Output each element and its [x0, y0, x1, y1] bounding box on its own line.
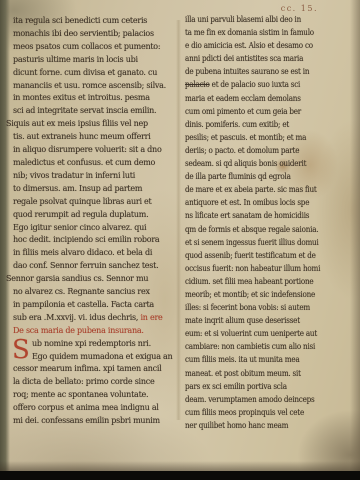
manuscript-line: Sub nomine xpi redemptoris nri. — [13, 338, 181, 351]
body-text: meos psatos cum collacos et pumento: — [13, 42, 160, 51]
body-text: sedeam. si qd aliquis bonis ouiderit — [185, 159, 306, 168]
manuscript-line: maria et eadem ecclam demolans — [185, 92, 302, 105]
text-column-left: ita regula sci benedicti cum ceterismona… — [13, 15, 181, 428]
manuscript-line: ita regula sci benedicti cum ceteris — [13, 15, 181, 28]
rubric-text: in ere — [140, 313, 162, 322]
body-text: cambiare: non cambietis cum alio nisi — [185, 342, 315, 351]
manuscript-line: tis. aut extraneis hunc meum offerri — [13, 131, 181, 144]
manuscript-line: anni pdicti dei antistites sca maria — [185, 52, 302, 65]
body-text: to dimersus. am. Insup ad partem — [13, 184, 142, 193]
manuscript-line: palacio et de palacio suo iuxta sci — [185, 78, 302, 91]
body-text: ner quilibet homo hanc meam — [185, 421, 288, 430]
body-text: cum omi pimento et cum geia ber — [185, 107, 301, 116]
body-text: ub nomine xpi redemptoris nri. — [32, 339, 151, 348]
manuscript-line: sedeam. si qd aliquis bonis ouiderit — [185, 157, 302, 170]
manuscript-line: cidium. set filii mea habeant portione — [185, 275, 302, 288]
manuscript-line: meorib; et montib; et sic indefensione — [185, 288, 302, 301]
body-text: mate inqrit alium quse deserisset — [185, 316, 300, 325]
body-text: pars ex sci emilin portiva scla — [185, 382, 287, 391]
body-text: dao conf. Sennor ferruin sanchez test. — [13, 261, 158, 270]
manuscript-line: no alvarez cs. Regnante sancius rex — [13, 286, 181, 299]
body-text: in montes exitus et introitus. pesma — [13, 93, 150, 102]
manuscript-line: cum filiis meos propinquis vel cete — [185, 406, 302, 419]
body-text: de mare et ex abeia parte. sic mas fiut — [185, 185, 317, 194]
manuscript-line: deriis; o pacto. et domolum parte — [185, 144, 302, 157]
manuscript-line: nib; vivos tradatur in inferni luti — [13, 170, 181, 183]
manuscript-line: cessor mearum infima. xpi tamen ancil — [13, 363, 181, 376]
manuscript-line: de pubena intuites saurano se est in — [185, 65, 302, 78]
manuscript-line: monachis ibi deo servientib; palacios — [13, 28, 181, 41]
body-text: monachis ibi deo servientib; palacios — [13, 29, 154, 38]
body-text: hoc dedit. incipiendo sci emilin robora — [13, 235, 159, 244]
body-text: no alvarez cs. Regnante sancius rex — [13, 287, 150, 296]
body-text: dicunt forne. cum divisa et ganato. cu — [13, 68, 157, 77]
manuscript-line: dao conf. Sennor ferruin sanchez test. — [13, 260, 181, 273]
manuscript-line: in aliquo disrumpere voluerit: sit a dno — [13, 144, 181, 157]
text-column-right: illa uni parvuli blasemi albi deo inta m… — [185, 13, 315, 432]
manuscript-page-photo: cc. 15. ita regula sci benedicti cum cet… — [0, 0, 360, 480]
body-text: sub era .M.xxvij. vi. idus dechris, — [13, 313, 140, 322]
body-text: ita regula sci benedicti cum ceteris — [13, 16, 147, 25]
manuscript-line: cum omi pimento et cum geia ber — [185, 105, 302, 118]
body-text: cidium. set filii mea habeant portione — [185, 277, 313, 286]
body-text: Sennor garsia sandius cs. Sennor mu — [6, 274, 148, 283]
body-text: qm de formis et absque regale saionia. — [185, 225, 318, 234]
manuscript-line: ns lificate ert sanatam de homicidiis — [185, 209, 302, 222]
manuscript-line: pasturis ultime maris in locis ubi — [13, 54, 181, 67]
manuscript-line: to dimersus. am. Insup ad partem — [13, 183, 181, 196]
body-text: palacio — [185, 80, 210, 89]
body-text: roq; mente ac spontanea voluntate. — [13, 390, 148, 399]
manuscript-line: dinis. pomiferis. cum exitib; et — [185, 118, 302, 131]
body-text: maria et eadem ecclam demolans — [185, 94, 301, 103]
folio-number: cc. 15. — [281, 4, 318, 13]
manuscript-line: ta me fin ex domania sistim in famulo — [185, 26, 302, 39]
body-text: occisus fuerit: non habeatur illum homi — [185, 264, 320, 273]
manuscript-line: antiquore et est. In omibus locis spe — [185, 196, 302, 209]
manuscript-line: la dicta de bellato: primo corde since — [13, 376, 181, 389]
manuscript-line: et si senem ingessus fuerit illius domui — [185, 236, 302, 249]
body-text: deam. verumptamen amodo deinceps — [185, 395, 315, 404]
body-text: la dicta de bellato: primo corde since — [13, 377, 154, 386]
manuscript-line: Ego igitur senior cinco alvarez. qui — [13, 222, 181, 235]
body-text: pesilis; et pascuis. et montib; et ma — [185, 133, 306, 142]
body-text: et de palacio suo iuxta sci — [210, 80, 301, 89]
manuscript-line: maledictus et confusus. et cum demo — [13, 157, 181, 170]
manuscript-line: quod rerumpit ad regula duplatum. — [13, 209, 181, 222]
body-text: regale psolvat quinque libras auri et — [13, 197, 152, 206]
manuscript-line: maneat. et post obitum meum. sit — [185, 367, 302, 380]
manuscript-line: mate inqrit alium quse deserisset — [185, 314, 302, 327]
body-text: maledictus et confusus. et cum demo — [13, 158, 155, 167]
manuscript-line: sci ad integritate servat inscia emilin. — [13, 105, 181, 118]
manuscript-line: mananciis et usu. romce ascensib; silva. — [13, 80, 181, 93]
body-text: illes: si fecerint bona vobis: si autem — [185, 303, 310, 312]
manuscript-line: in montes exitus et introitus. pesma — [13, 92, 181, 105]
body-text: Ego quidem mumadona et exigua an — [32, 352, 172, 361]
manuscript-line: illa uni parvuli blasemi albi deo in — [185, 13, 302, 26]
body-text: antiquore et est. In omibus locis spe — [185, 198, 309, 207]
manuscript-line: pesilis; et pascuis. et montib; et ma — [185, 131, 302, 144]
manuscript-line: quod assenib; fuerit testificatum et de — [185, 249, 302, 262]
manuscript-line: roq; mente ac spontanea voluntate. — [13, 389, 181, 402]
body-text: illa uni parvuli blasemi albi deo in — [185, 15, 301, 24]
manuscript-line: illes: si fecerint bona vobis: si autem — [185, 301, 302, 314]
body-text: de illa parte fluminis qd egrola — [185, 172, 291, 181]
body-text: pasturis ultime maris in locis ubi — [13, 55, 138, 64]
rubric-text: De sca maria de pubena insurana. — [13, 326, 144, 335]
body-text: maneat. et post obitum meum. sit — [185, 369, 301, 378]
manuscript-line: De sca maria de pubena insurana. — [13, 325, 181, 338]
body-text: Siquis aut ex meis ipsius filiis vel nep — [6, 119, 148, 128]
body-text: quod assenib; fuerit testificatum et de — [185, 251, 316, 260]
body-text: quod rerumpit ad regula duplatum. — [13, 210, 148, 219]
manuscript-line: cum filiis meis. ita ut munita mea — [185, 353, 302, 366]
body-text: cum filiis meos propinquis vel cete — [185, 408, 304, 417]
body-text: dinis. pomiferis. cum exitib; et — [185, 120, 289, 129]
body-text: tis. aut extraneis hunc meum offerri — [13, 132, 151, 141]
body-text: in filiis meis alvaro didaco. et bela di — [13, 248, 152, 257]
body-text: cessor mearum infima. xpi tamen ancil — [13, 364, 161, 373]
body-text: mi dei. confessans emilin psbri munim — [13, 416, 160, 425]
body-text: sci ad integritate servat inscia emilin. — [13, 106, 156, 115]
manuscript-line: qm de formis et absque regale saionia. — [185, 223, 302, 236]
manuscript-line: deam. verumptamen amodo deinceps — [185, 393, 302, 406]
body-text: in aliquo disrumpere voluerit: sit a dno — [13, 145, 162, 154]
manuscript-line: cambiare: non cambietis cum alio nisi — [185, 340, 302, 353]
body-text: de pubena intuites saurano se est in — [185, 67, 309, 76]
parchment-right-edge — [350, 0, 360, 480]
manuscript-line: in pampilonia et castella. Facta carta — [13, 299, 181, 312]
manuscript-line: dicunt forne. cum divisa et ganato. cu — [13, 67, 181, 80]
body-text: meorib; et montib; et sic indefensione — [185, 290, 315, 299]
bottom-edge-shadow — [0, 461, 360, 471]
manuscript-line: de illa parte fluminis qd egrola — [185, 170, 302, 183]
manuscript-line: eum: et si voluerint cum ueniperte aut — [185, 327, 302, 340]
manuscript-line: Sennor garsia sandius cs. Sennor mu — [6, 273, 181, 286]
manuscript-line: Ego quidem mumadona et exigua an — [13, 351, 181, 364]
manuscript-line: e dio amicicia est. Alsio et desamo co — [185, 39, 302, 52]
manuscript-line: offero corpus et anima mea indignu al — [13, 402, 181, 415]
manuscript-line: meos psatos cum collacos et pumento: — [13, 41, 181, 54]
manuscript-line: de mare et ex abeia parte. sic mas fiut — [185, 183, 302, 196]
manuscript-line: occisus fuerit: non habeatur illum homi — [185, 262, 302, 275]
manuscript-line: in filiis meis alvaro didaco. et bela di — [13, 247, 181, 260]
body-text: ns lificate ert sanatam de homicidiis — [185, 211, 309, 220]
body-text: offero corpus et anima mea indignu al — [13, 403, 159, 412]
body-text: in pampilonia et castella. Facta carta — [13, 300, 154, 309]
manuscript-line: hoc dedit. incipiendo sci emilin robora — [13, 234, 181, 247]
body-text: et si senem ingessus fuerit illius domui — [185, 238, 319, 247]
manuscript-line: regale psolvat quinque libras auri et — [13, 196, 181, 209]
photo-bottom-border — [0, 471, 360, 480]
manuscript-line: mi dei. confessans emilin psbri munim — [13, 415, 181, 428]
body-text: deriis; o pacto. et domolum parte — [185, 146, 299, 155]
manuscript-line: Siquis aut ex meis ipsius filiis vel nep — [6, 118, 181, 131]
body-text: Ego igitur senior cinco alvarez. qui — [13, 223, 146, 232]
binding-gutter-edge — [0, 0, 10, 480]
body-text: anni pdicti dei antistites sca maria — [185, 54, 303, 63]
body-text: nib; vivos tradatur in inferni luti — [13, 171, 135, 180]
manuscript-line: pars ex sci emilin portiva scla — [185, 380, 302, 393]
body-text: mananciis et usu. romce ascensib; silva. — [13, 81, 166, 90]
body-text: cum filiis meis. ita ut munita mea — [185, 355, 300, 364]
body-text: e dio amicicia est. Alsio et desamo co — [185, 41, 313, 50]
body-text: ta me fin ex domania sistim in famulo — [185, 28, 314, 37]
body-text: eum: et si voluerint cum ueniperte aut — [185, 329, 317, 338]
manuscript-line: sub era .M.xxvij. vi. idus dechris, in e… — [13, 312, 181, 325]
manuscript-line: ner quilibet homo hanc meam — [185, 419, 302, 432]
